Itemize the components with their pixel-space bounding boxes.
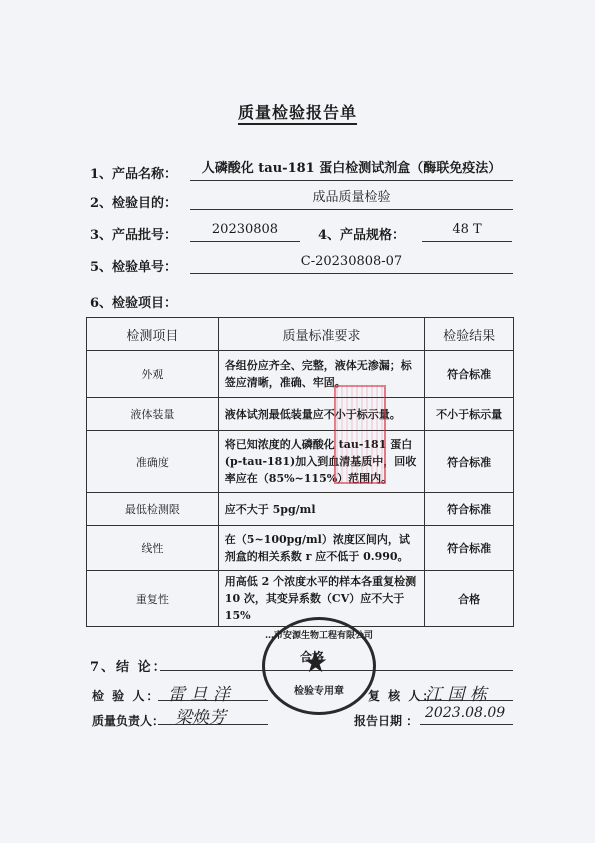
- item-cell: 重复性: [87, 571, 219, 627]
- report-date-value: 2023.08.09: [425, 705, 505, 721]
- item-cell: 准确度: [87, 431, 219, 493]
- result-cell: 合格: [425, 571, 514, 627]
- inspection-items-label: 6、检验项目：: [90, 292, 177, 311]
- table-row: 外观 各组份应齐全、完整，液体无渗漏；标签应清晰，准确、牢固。 符合标准: [87, 351, 514, 398]
- quality-manager-label: 质量负责人：: [92, 712, 164, 729]
- inspector-label: 检 验 人：: [92, 687, 160, 704]
- inspection-no-value: C-20230808-07: [190, 253, 513, 274]
- purpose-value: 成品质量检验: [190, 189, 513, 210]
- header-item: 检测项目: [87, 318, 219, 351]
- requirement-cell: 将已知浓度的人磷酸化 tau-181 蛋白(p-tau-181)加入到血清基质中…: [218, 431, 424, 493]
- seal-company-name: …市安源生物工程有限公司: [265, 628, 373, 641]
- result-cell: 符合标准: [425, 431, 514, 493]
- result-cell: 符合标准: [425, 526, 514, 571]
- star-icon: ★: [303, 646, 328, 679]
- purpose-label: 2、检验目的：: [90, 192, 177, 211]
- table-row: 最低检测限 应不大于 5pg/ml 符合标准: [87, 493, 514, 526]
- quality-manager-signature: 梁焕芳: [175, 703, 226, 728]
- product-name-label: 1、产品名称：: [90, 163, 177, 182]
- inspection-items-table: 检测项目 质量标准要求 检验结果 外观 各组份应齐全、完整，液体无渗漏；标签应清…: [86, 317, 514, 627]
- batch-no-label: 3、产品批号：: [90, 224, 177, 243]
- reviewer-signature: 江 国 栋: [425, 680, 487, 705]
- inspection-no-label: 5、检验单号：: [90, 256, 177, 275]
- item-cell: 外观: [87, 351, 219, 398]
- document-title: 质量检验报告单: [0, 100, 595, 123]
- table-row: 线性 在（5~100pg/ml）浓度区间内，试剂盒的相关系数 r 应不低于 0.…: [87, 526, 514, 571]
- spec-value: 48 T: [422, 221, 512, 242]
- title-text: 质量检验报告单: [238, 103, 357, 125]
- requirement-cell: 各组份应齐全、完整，液体无渗漏；标签应清晰，准确、牢固。: [218, 351, 424, 398]
- item-cell: 最低检测限: [87, 493, 219, 526]
- requirement-cell: 在（5~100pg/ml）浓度区间内，试剂盒的相关系数 r 应不低于 0.990…: [218, 526, 424, 571]
- batch-no-value: 20230808: [190, 221, 300, 242]
- item-cell: 液体装量: [87, 398, 219, 431]
- product-name-value: 人磷酸化 tau-181 蛋白检测试剂盒（酶联免疫法）: [190, 160, 513, 181]
- requirement-cell: 应不大于 5pg/ml: [218, 493, 424, 526]
- conclusion-label: 7、结 论：: [90, 656, 168, 675]
- red-stamp: [334, 385, 386, 484]
- header-requirement: 质量标准要求: [218, 318, 424, 351]
- quality-inspection-report: 质量检验报告单 1、产品名称： 人磷酸化 tau-181 蛋白检测试剂盒（酶联免…: [0, 0, 595, 843]
- table-row: 液体装量 液体试剂最低装量应不小于标示量。 不小于标示量: [87, 398, 514, 431]
- report-date-label: 报告日期 ：: [354, 712, 418, 729]
- table-header-row: 检测项目 质量标准要求 检验结果: [87, 318, 514, 351]
- inspector-signature: 雷 旦 洋: [168, 680, 230, 705]
- spec-label: 4、产品规格：: [318, 224, 405, 243]
- company-seal: …市安源生物工程有限公司 ★ 检验专用章: [262, 617, 376, 715]
- header-result: 检验结果: [425, 318, 514, 351]
- item-cell: 线性: [87, 526, 219, 571]
- table-row: 准确度 将已知浓度的人磷酸化 tau-181 蛋白(p-tau-181)加入到血…: [87, 431, 514, 493]
- requirement-cell: 液体试剂最低装量应不小于标示量。: [218, 398, 424, 431]
- table-row: 重复性 用高低 2 个浓度水平的样本各重复检测 10 次，其变异系数（CV）应不…: [87, 571, 514, 627]
- result-cell: 不小于标示量: [425, 398, 514, 431]
- result-cell: 符合标准: [425, 351, 514, 398]
- seal-purpose: 检验专用章: [265, 682, 373, 697]
- result-cell: 符合标准: [425, 493, 514, 526]
